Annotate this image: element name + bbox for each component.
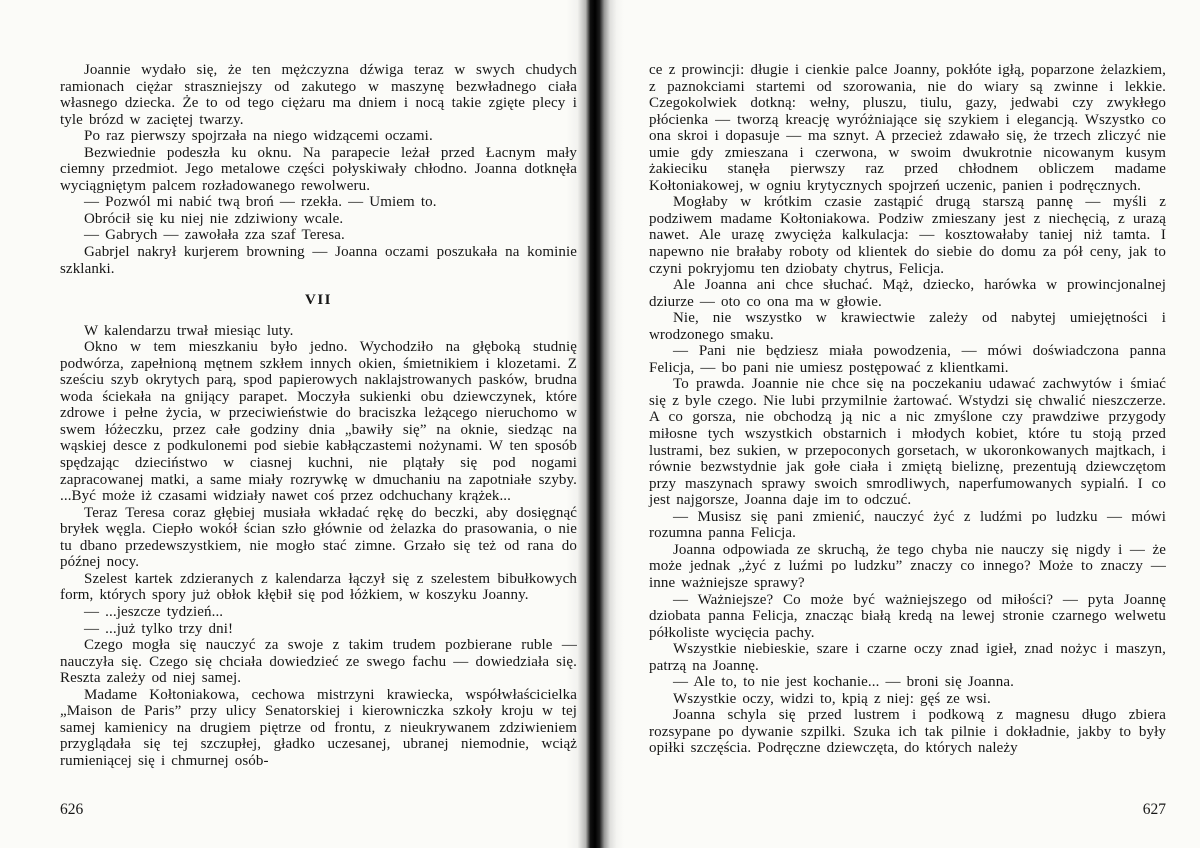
page-number-left: 626 bbox=[60, 801, 83, 819]
paragraph: Madame Kołtoniakowa, cechowa mistrzyni k… bbox=[60, 687, 577, 770]
page-number-right: 627 bbox=[649, 801, 1166, 819]
paragraph: Ale Joanna ani chce słuchać. Mąż, dzieck… bbox=[649, 277, 1166, 310]
paragraph: — Gabrych — zawołała zza szaf Teresa. bbox=[60, 227, 577, 244]
paragraph: Nie, nie wszystko w krawiectwie zależy o… bbox=[649, 310, 1166, 343]
paragraph: Po raz pierwszy spojrzała na niego widzą… bbox=[60, 128, 577, 145]
chapter-heading: VII bbox=[60, 292, 577, 309]
paragraph: — Ale to, to nie jest kochanie... — bron… bbox=[649, 674, 1166, 691]
paragraph: — Pozwól mi nabić twą broń — rzekła. — U… bbox=[60, 194, 577, 211]
paragraph: Teraz Teresa coraz głębiej musiała wkład… bbox=[60, 505, 577, 571]
paragraph: ce z prowincji: długie i cienkie palce J… bbox=[649, 62, 1166, 194]
paragraph: Gabrjel nakrył kurjerem browning — Joann… bbox=[60, 244, 577, 277]
paragraph: Wszystkie oczy, widzi to, kpią z niej: g… bbox=[649, 691, 1166, 708]
page-right: ce z prowincji: długie i cienkie palce J… bbox=[600, 0, 1200, 848]
paragraph: Okno w tem mieszkaniu było jedno. Wychod… bbox=[60, 339, 577, 504]
paragraph: — ...już tylko trzy dni! bbox=[60, 621, 577, 638]
page-right-text: ce z prowincji: długie i cienkie palce J… bbox=[649, 62, 1166, 757]
paragraph: Joannie wydało się, że ten mężczyzna dźw… bbox=[60, 62, 577, 128]
paragraph: To prawda. Joannie nie chce się na pocze… bbox=[649, 376, 1166, 508]
paragraph: W kalendarzu trwał miesiąc luty. bbox=[60, 323, 577, 340]
book-spread: Joannie wydało się, że ten mężczyzna dźw… bbox=[0, 0, 1200, 848]
paragraph: Bezwiednie podeszła ku oknu. Na parapeci… bbox=[60, 145, 577, 195]
paragraph: Szelest kartek zdzieranych z kalendarza … bbox=[60, 571, 577, 604]
paragraph: — Pani nie będziesz miała powodzenia, — … bbox=[649, 343, 1166, 376]
paragraph: — ...jeszcze tydzień... bbox=[60, 604, 577, 621]
paragraph: Mogłaby w krótkim czasie zastąpić drugą … bbox=[649, 194, 1166, 277]
paragraph: Czego mogła się nauczyć za swoje z takim… bbox=[60, 637, 577, 687]
page-left-text: Joannie wydało się, że ten mężczyzna dźw… bbox=[60, 62, 577, 769]
paragraph: Wszystkie niebieskie, szare i czarne ocz… bbox=[649, 641, 1166, 674]
paragraph: Joanna odpowiada ze skruchą, że tego chy… bbox=[649, 542, 1166, 592]
paragraph: — Ważniejsze? Co może być ważniejszego o… bbox=[649, 592, 1166, 642]
paragraph: Joanna schyla się przed lustrem i podkow… bbox=[649, 707, 1166, 757]
paragraph: Obrócił się ku niej nie zdziwiony wcale. bbox=[60, 211, 577, 228]
page-left: Joannie wydało się, że ten mężczyzna dźw… bbox=[0, 0, 600, 848]
paragraph: — Musisz się pani zmienić, nauczyć żyć z… bbox=[649, 509, 1166, 542]
